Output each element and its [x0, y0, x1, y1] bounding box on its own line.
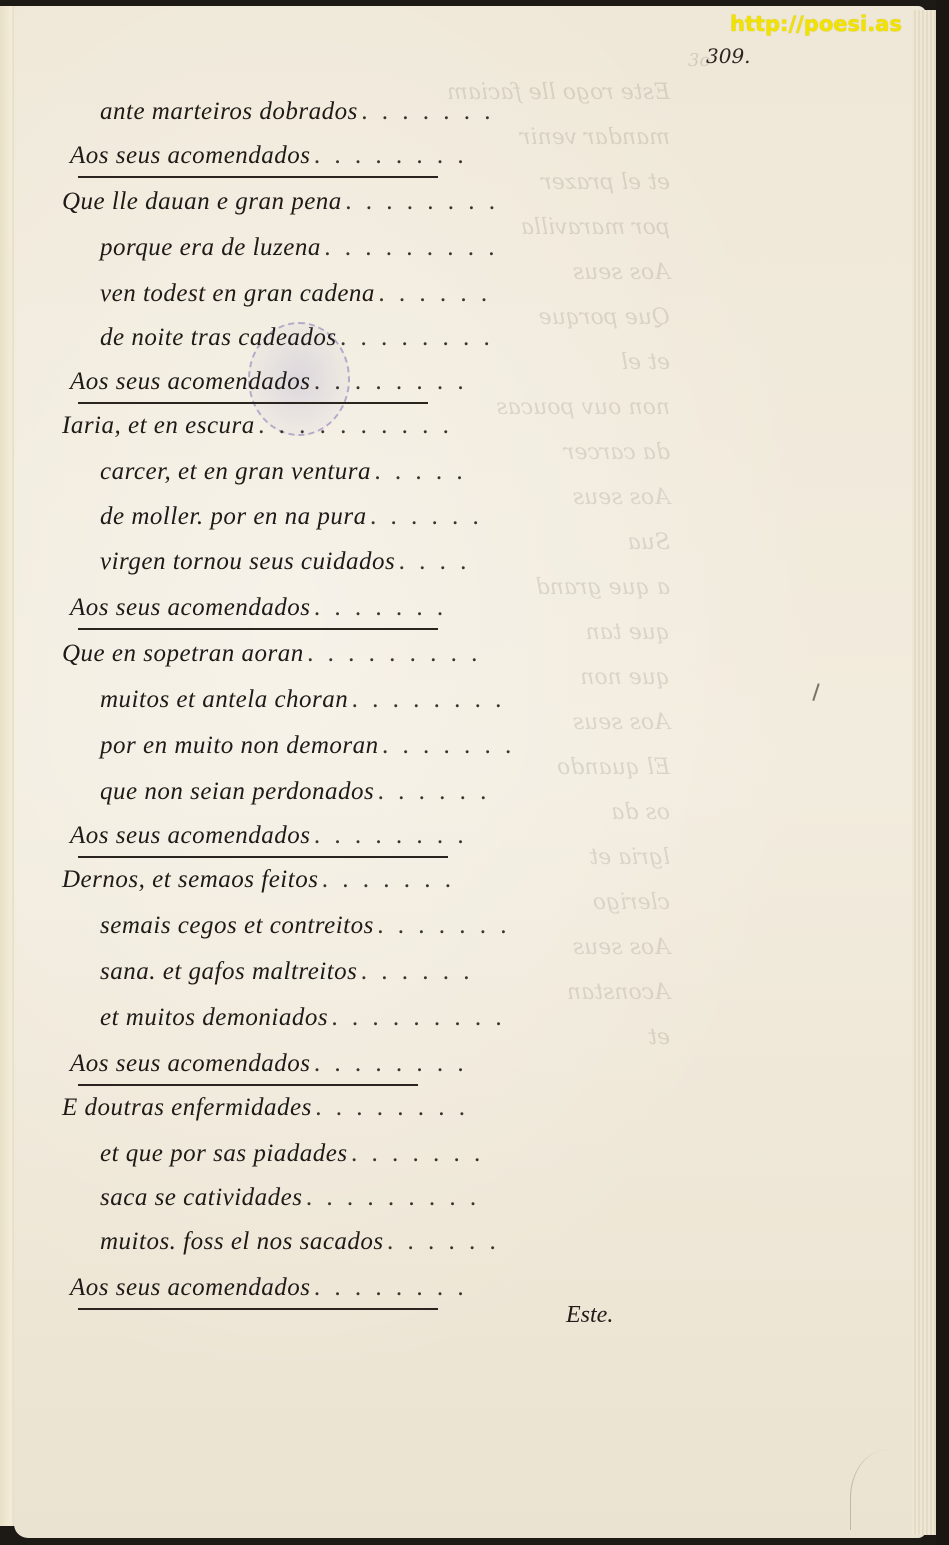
watermark-link[interactable]: http://poesi.as	[730, 12, 902, 36]
leader-dots: . . . . . . . . .	[325, 234, 499, 261]
leader-dots: . . . . . .	[371, 503, 484, 530]
leader-dots: . . . . . . . . .	[308, 640, 482, 667]
leader-dots: . . . . . . .	[378, 912, 511, 939]
verse-line: virgen tornou seus cuidados. . . .	[100, 548, 471, 576]
verse-line: sana. et gafos maltreitos. . . . . .	[100, 958, 474, 986]
verse-text: Que lle dauan e gran pena	[62, 188, 342, 215]
refrain-underline	[78, 856, 448, 858]
leader-dots: . . . . . . . .	[315, 1050, 469, 1077]
refrain-line: Aos seus acomendados. . . . . . . .	[70, 822, 468, 850]
verse-text: ven todest en gran cadena	[100, 280, 375, 307]
verse-line: Dernos, et semaos feitos. . . . . . .	[62, 866, 456, 894]
refrain-underline	[78, 628, 438, 630]
leader-dots: . . . . . . . .	[315, 142, 469, 169]
verse-text: Aos seus acomendados	[70, 594, 311, 621]
verse-text: et que por sas piadades	[100, 1140, 348, 1167]
verse-text: Dernos, et semaos feitos	[62, 866, 318, 893]
verse-text: por en muito non demoran	[100, 732, 379, 759]
verse-line: E doutras enfermidades. . . . . . . .	[62, 1094, 470, 1122]
verse-text: E doutras enfermidades	[62, 1094, 312, 1121]
verse-line: porque era de luzena. . . . . . . . .	[100, 234, 499, 262]
leader-dots: . . . . . . . . . .	[259, 412, 454, 439]
folio-number: 309.	[706, 44, 751, 68]
verse-text: sana. et gafos maltreitos	[100, 958, 357, 985]
page-edges	[912, 10, 936, 1535]
verse-text: porque era de luzena	[100, 234, 321, 261]
verse-line: ante marteiros dobrados. . . . . . .	[100, 98, 495, 126]
verse-text: Aos seus acomendados	[70, 368, 311, 395]
refrain-underline	[78, 176, 438, 178]
scan-border	[936, 0, 949, 1545]
leader-dots: . . . . . . . .	[315, 822, 469, 849]
verse-line: carcer, et en gran ventura. . . . .	[100, 458, 467, 486]
verse-text: Aos seus acomendados	[70, 142, 311, 169]
refrain-underline	[78, 402, 428, 404]
leader-dots: . . . . . . . .	[315, 1274, 469, 1301]
verse-text: saca se catividades	[100, 1184, 303, 1211]
verse-line: muitos. foss el nos sacados. . . . . .	[100, 1228, 500, 1256]
verse-text: semais cegos et contreitos	[100, 912, 374, 939]
leader-dots: . . . .	[399, 548, 471, 575]
verse-line: muitos et antela choran. . . . . . . .	[100, 686, 506, 714]
verse-text: et muitos demoniados	[100, 1004, 328, 1031]
refrain-line: Aos seus acomendados. . . . . . . .	[70, 368, 468, 396]
verse-text: Aos seus acomendados	[70, 1050, 311, 1077]
leader-dots: . . . . . . . . .	[307, 1184, 481, 1211]
leader-dots: . . . . . . . .	[352, 686, 506, 713]
refrain-underline	[78, 1084, 418, 1086]
verse-text: muitos et antela choran	[100, 686, 348, 713]
leader-dots: . . . . . .	[379, 280, 492, 307]
verse-line: de noite tras cadeados. . . . . . . .	[100, 324, 494, 352]
verse-line: Que en sopetran aoran. . . . . . . . .	[62, 640, 482, 668]
verse-line: Iaria, et en escura. . . . . . . . . .	[62, 412, 454, 440]
refrain-line: Aos seus acomendados. . . . . . . .	[70, 142, 468, 170]
leader-dots: . . . . . . .	[315, 594, 448, 621]
leader-dots: . . . . . . . .	[315, 368, 469, 395]
verse-text: virgen tornou seus cuidados	[100, 548, 395, 575]
leader-dots: . . . . . .	[388, 1228, 501, 1255]
leader-dots: . . . . . . .	[322, 866, 455, 893]
verse-text: Aos seus acomendados	[70, 1274, 311, 1301]
leader-dots: . . . . .	[375, 458, 467, 485]
leader-dots: . . . . . . . .	[346, 188, 500, 215]
verse-text: que non seian perdonados	[100, 778, 374, 805]
verse-line: saca se catividades. . . . . . . . .	[100, 1184, 481, 1212]
verse-line: de moller. por en na pura. . . . . .	[100, 503, 483, 531]
verse-line: Que lle dauan e gran pena. . . . . . . .	[62, 188, 500, 216]
leader-dots: . . . . . . .	[352, 1140, 485, 1167]
leader-dots: . . . . . .	[361, 958, 474, 985]
verse-line: et que por sas piadades. . . . . . .	[100, 1140, 485, 1168]
leader-dots: . . . . . . . .	[341, 324, 495, 351]
verse-text: de moller. por en na pura	[100, 503, 367, 530]
leader-dots: . . . . . . .	[362, 98, 495, 125]
refrain-line: Aos seus acomendados. . . . . . .	[70, 594, 448, 622]
leader-dots: . . . . . .	[378, 778, 491, 805]
verse-line: semais cegos et contreitos. . . . . . .	[100, 912, 511, 940]
verse-line: que non seian perdonados. . . . . .	[100, 778, 491, 806]
verse-text: Aos seus acomendados	[70, 822, 311, 849]
verse-text: de noite tras cadeados	[100, 324, 337, 351]
verse-text: carcer, et en gran ventura	[100, 458, 371, 485]
verse-text: Que en sopetran aoran	[62, 640, 304, 667]
verse-line: por en muito non demoran. . . . . . .	[100, 732, 516, 760]
leader-dots: . . . . . . . .	[316, 1094, 470, 1121]
catchword: Este.	[566, 1302, 613, 1329]
verse-text: ante marteiros dobrados	[100, 98, 358, 125]
verse-line: ven todest en gran cadena. . . . . .	[100, 280, 492, 308]
refrain-underline	[78, 1308, 438, 1310]
leader-dots: . . . . . . .	[383, 732, 516, 759]
leader-dots: . . . . . . . . .	[332, 1004, 506, 1031]
refrain-line: Aos seus acomendados. . . . . . . .	[70, 1050, 468, 1078]
verse-text: muitos. foss el nos sacados	[100, 1228, 384, 1255]
refrain-line: Aos seus acomendados. . . . . . . .	[70, 1274, 468, 1302]
verse-text: Iaria, et en escura	[62, 412, 255, 439]
verse-line: et muitos demoniados. . . . . . . . .	[100, 1004, 506, 1032]
